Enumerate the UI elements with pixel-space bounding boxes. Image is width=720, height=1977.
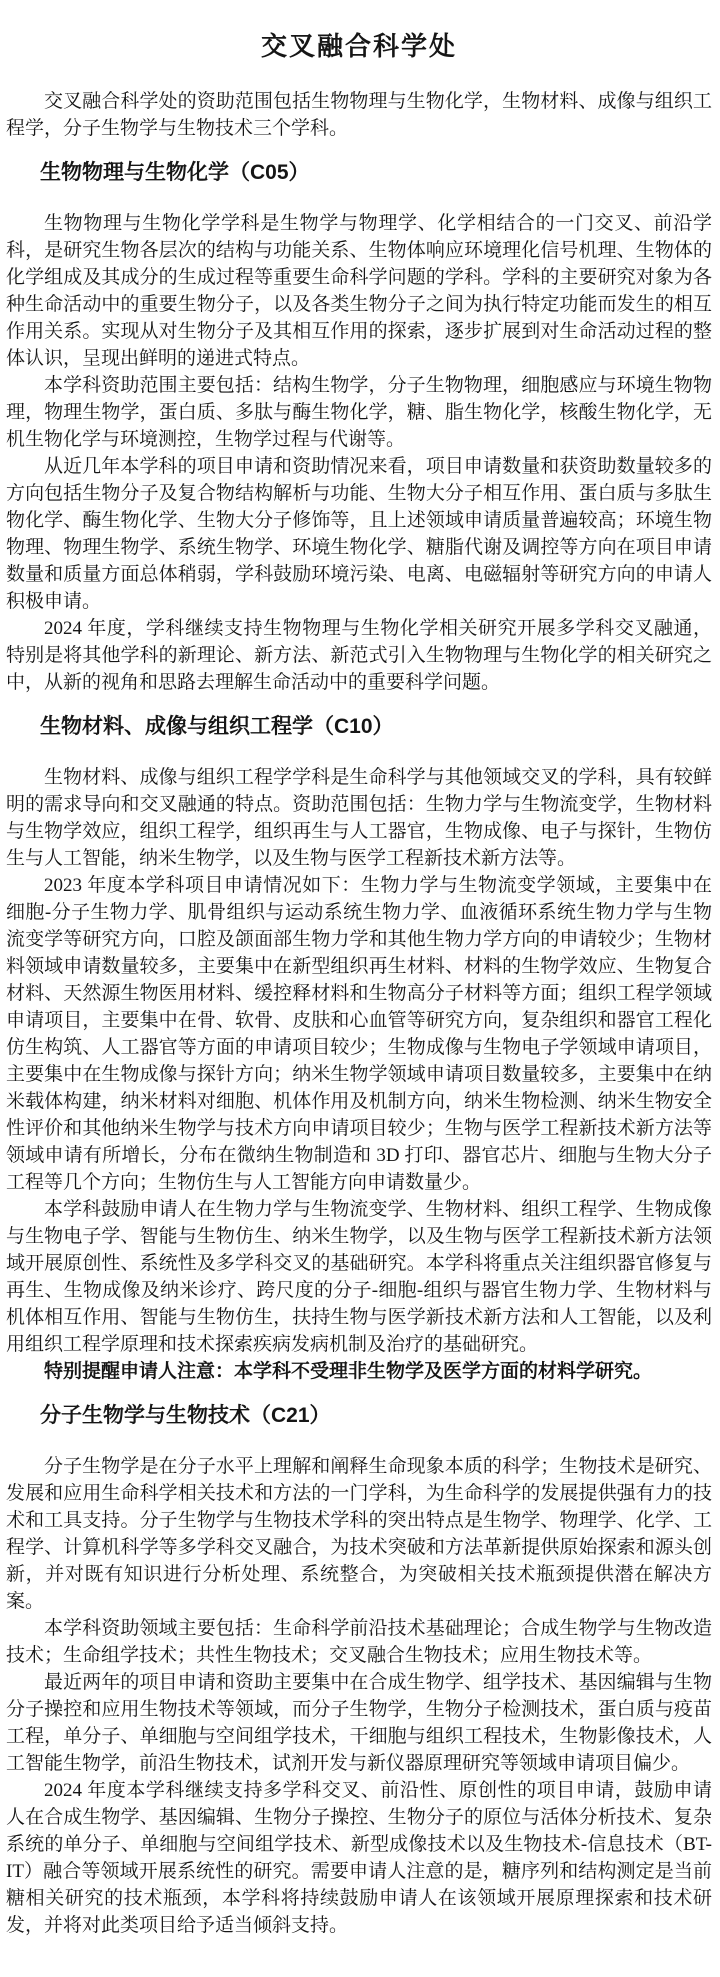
paragraph-c21-recent-trends: 最近两年的项目申请和资助主要集中在合成生物学、组学技术、基因编辑与生物分子操控和… — [6, 1669, 712, 1777]
intro-paragraph: 交叉融合科学处的资助范围包括生物物理与生物化学，生物材料、成像与组织工程学，分子… — [6, 88, 712, 142]
section-heading-c10: 生物材料、成像与组织工程学（C10） — [6, 712, 712, 742]
page-title: 交叉融合科学处 — [6, 30, 712, 62]
paragraph-c21-2024-plan: 2024 年度本学科继续支持多学科交叉、前沿性、原创性的项目申请，鼓励申请人在合… — [6, 1777, 712, 1939]
document-page: 交叉融合科学处 交叉融合科学处的资助范围包括生物物理与生物化学，生物材料、成像与… — [0, 0, 720, 1977]
paragraph-c05-application-trends: 从近几年本学科的项目申请和资助情况来看，项目申请数量和获资助数量较多的方向包括生… — [6, 453, 712, 615]
special-notice: 特别提醒申请人注意：本学科不受理非生物学及医学方面的材料学研究。 — [6, 1358, 712, 1385]
paragraph-c10-overview: 生物材料、成像与组织工程学学科是生命科学与其他领域交叉的学科，具有较鲜明的需求导… — [6, 764, 712, 872]
paragraph-c05-overview: 生物物理与生物化学学科是生物学与物理学、化学相结合的一门交叉、前沿学科，是研究生… — [6, 210, 712, 372]
paragraph-c21-overview: 分子生物学是在分子水平上理解和阐释生命现象本质的科学；生物技术是研究、发展和应用… — [6, 1453, 712, 1615]
section-heading-c21: 分子生物学与生物技术（C21） — [6, 1401, 712, 1431]
paragraph-c10-2023-applications: 2023 年度本学科项目申请情况如下：生物力学与生物流变学领域，主要集中在细胞-… — [6, 872, 712, 1196]
section-heading-c05: 生物物理与生物化学（C05） — [6, 158, 712, 188]
paragraph-c05-2024-plan: 2024 年度，学科继续支持生物物理与生物化学相关研究开展多学科交叉融通，特别是… — [6, 615, 712, 696]
paragraph-c05-funding-scope: 本学科资助范围主要包括：结构生物学，分子生物物理，细胞感应与环境生物物理，物理生… — [6, 372, 712, 453]
paragraph-c10-encouraged-areas: 本学科鼓励申请人在生物力学与生物流变学、生物材料、组织工程学、生物成像与生物电子… — [6, 1196, 712, 1358]
paragraph-c21-funding-areas: 本学科资助领域主要包括：生命科学前沿技术基础理论；合成生物学与生物改造技术；生命… — [6, 1615, 712, 1669]
